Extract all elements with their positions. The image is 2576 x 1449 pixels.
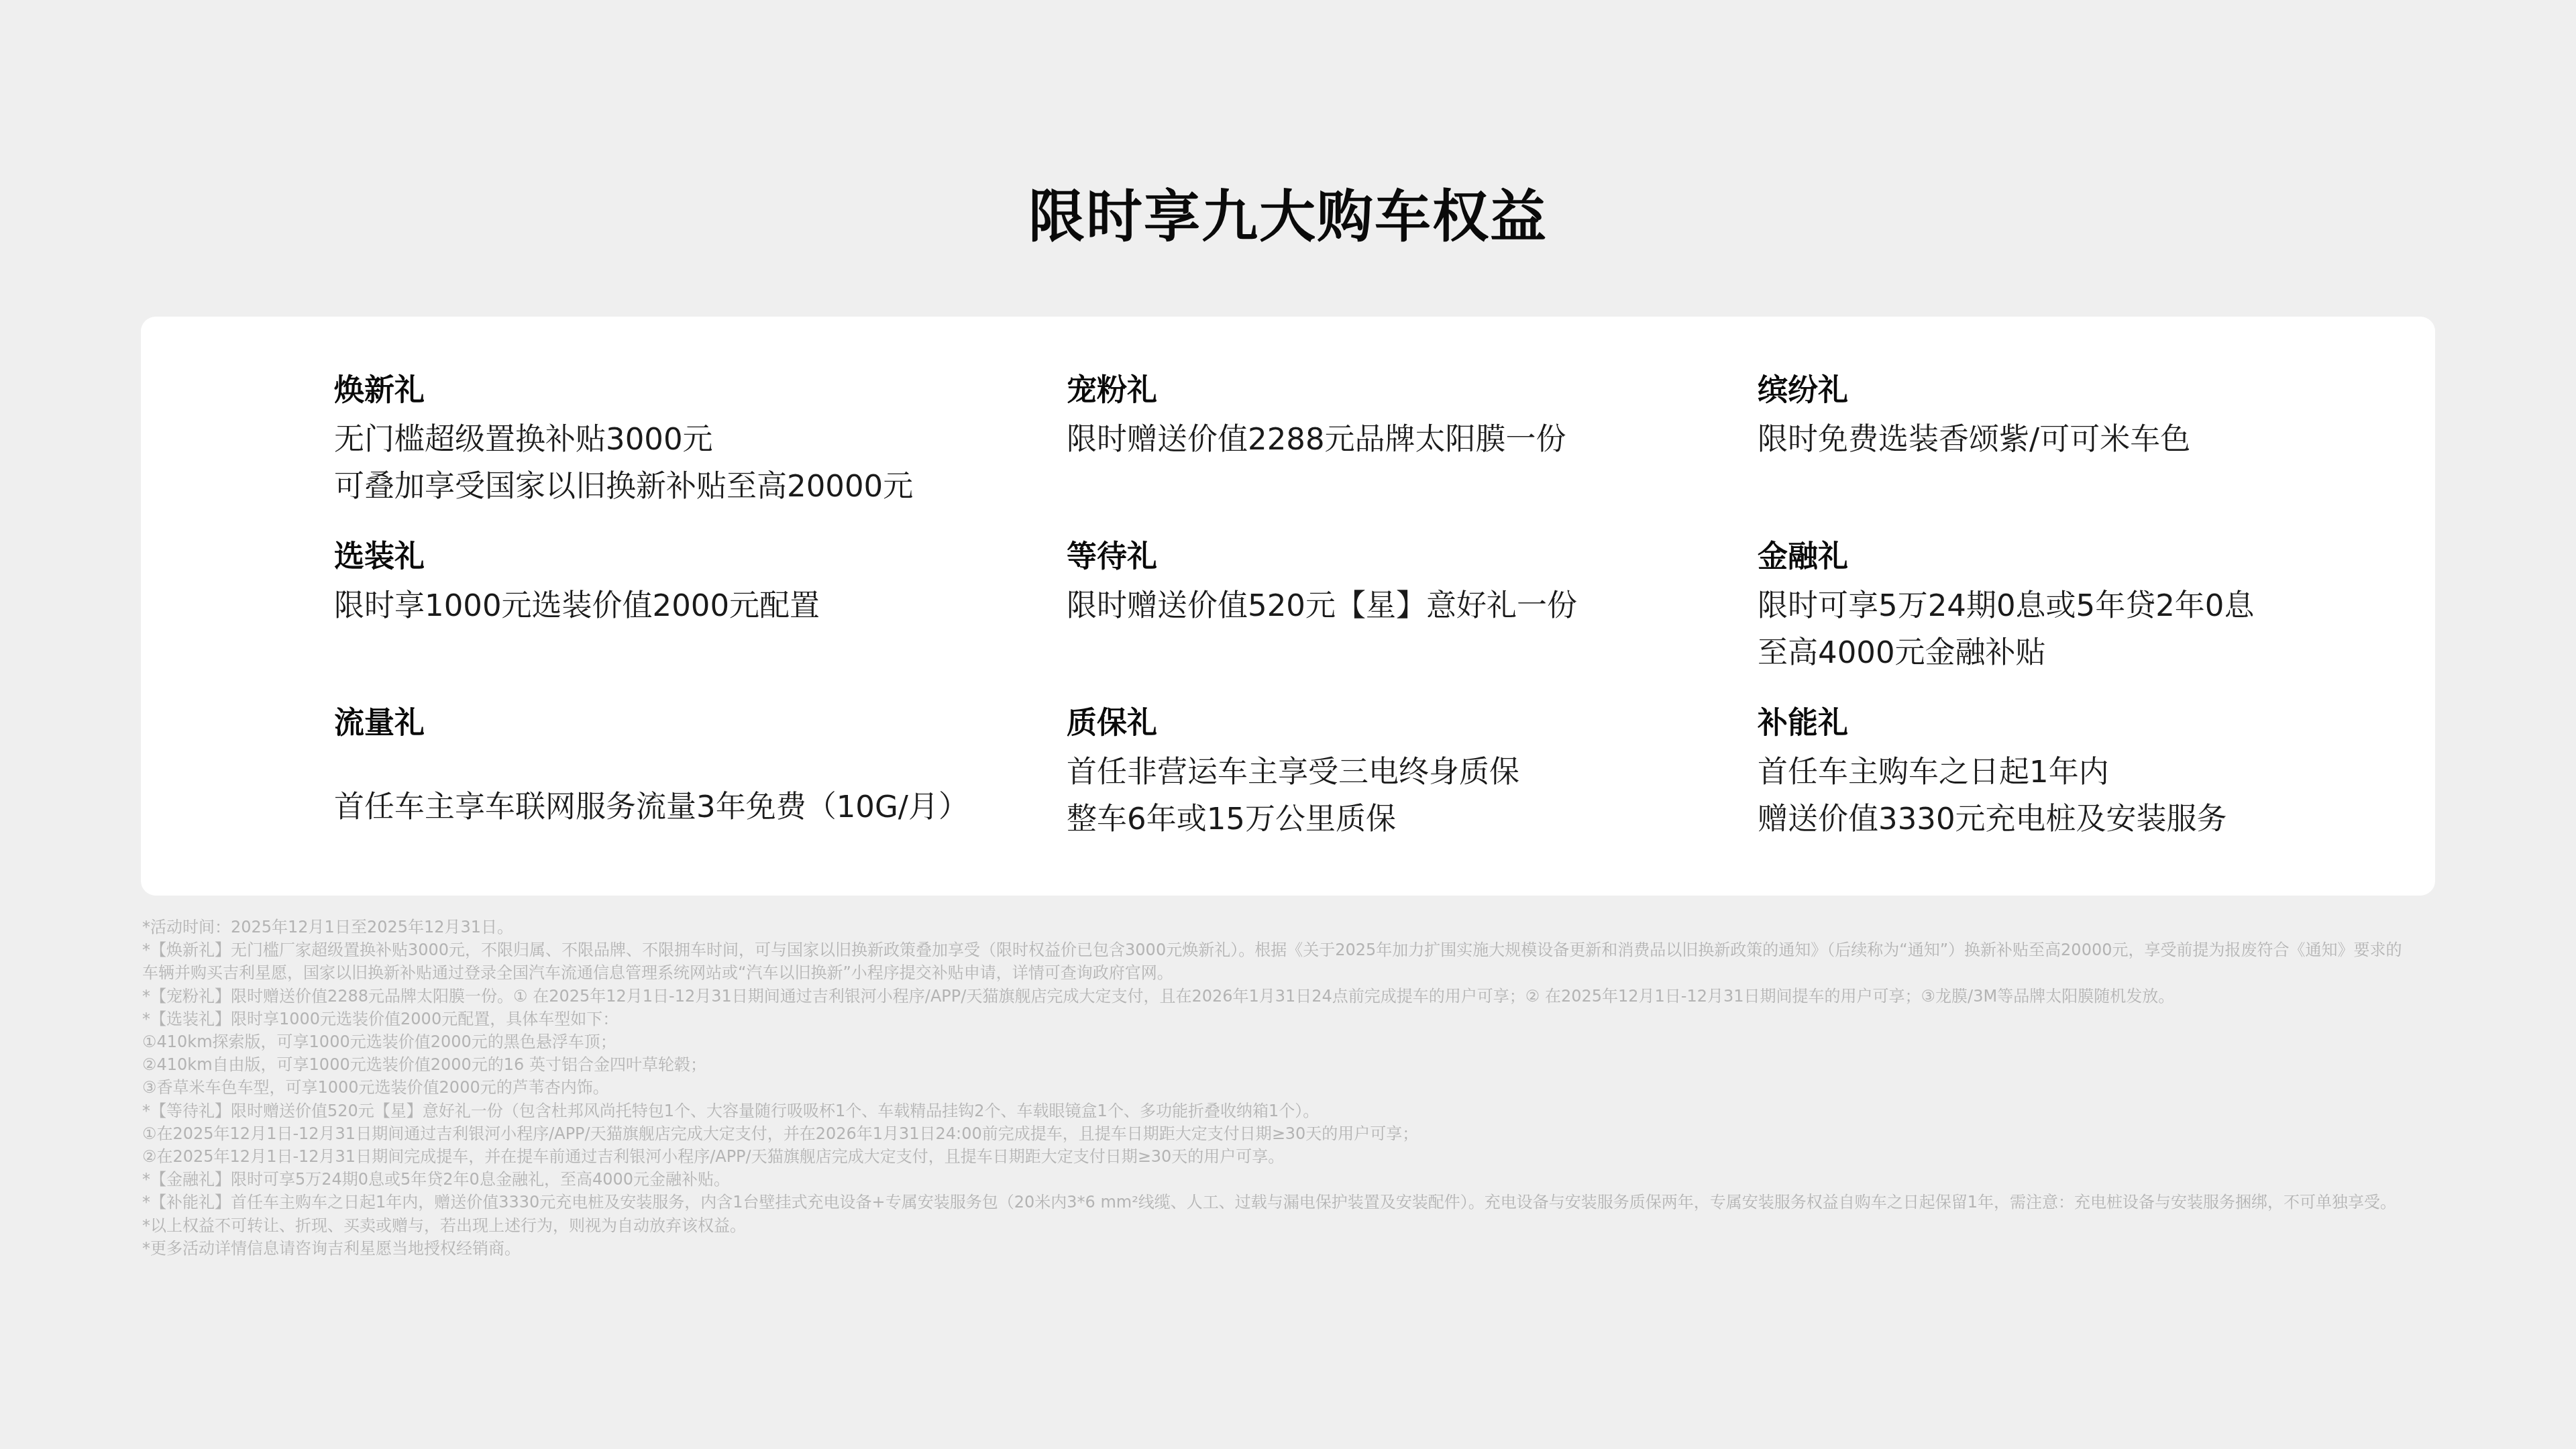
benefit-title: 质保礼 — [1067, 703, 1519, 743]
disclaimer-line: ②410km自由版，可享1000元选装价值2000元的16 英寸铝合金四叶草轮毂… — [142, 1053, 2436, 1076]
disclaimer-line: *【宠粉礼】限时赠送价值2288元品牌太阳膜一份。① 在2025年12月1日-1… — [142, 985, 2436, 1008]
disclaimer-line: *【金融礼】限时可享5万24期0息或5年贷2年0息金融礼，至高4000元金融补贴… — [142, 1168, 2436, 1191]
benefit-line: 限时可享5万24期0息或5年贷2年0息 — [1758, 582, 2254, 629]
benefit-line: 无门槛超级置换补贴3000元 — [334, 416, 913, 463]
benefit-title: 宠粉礼 — [1067, 370, 1566, 411]
benefit-warranty: 质保礼 首任非营运车主享受三电终身质保 整车6年或15万公里质保 — [1067, 703, 1519, 843]
benefit-renewal: 焕新礼 无门槛超级置换补贴3000元 可叠加享受国家以旧换新补贴至高20000元 — [334, 370, 913, 510]
benefit-line: 至高4000元金融补贴 — [1758, 629, 2254, 676]
disclaimer-line: *【焕新礼】无门槛厂家超级置换补贴3000元，不限归属、不限品牌、不限拥车时间，… — [142, 938, 2436, 961]
page-title: 限时享九大购车权益 — [0, 180, 2576, 254]
benefit-line: 首任非营运车主享受三电终身质保 — [1067, 749, 1519, 796]
benefit-finance: 金融礼 限时可享5万24期0息或5年贷2年0息 至高4000元金融补贴 — [1758, 537, 2254, 676]
benefit-charging: 补能礼 首任车主购车之日起1年内 赠送价值3330元充电桩及安装服务 — [1758, 703, 2227, 843]
benefit-title: 金融礼 — [1758, 537, 2254, 577]
benefit-title: 补能礼 — [1758, 703, 2227, 743]
benefit-line: 限时免费选装香颂紫/可可米车色 — [1758, 416, 2190, 463]
benefit-line: 整车6年或15万公里质保 — [1067, 796, 1519, 843]
benefit-option: 选装礼 限时享1000元选装价值2000元配置 — [334, 537, 820, 629]
benefit-line: 首任车主享车联网服务流量3年免费（10G/月） — [334, 784, 969, 830]
disclaimer-line: 车辆并购买吉利星愿，国家以旧换新补贴通过登录全国汽车流通信息管理系统网站或“汽车… — [142, 961, 2436, 984]
benefit-data: 流量礼 首任车主享车联网服务流量3年免费（10G/月） — [334, 703, 969, 830]
benefit-line: 赠送价值3330元充电桩及安装服务 — [1758, 796, 2227, 843]
benefit-title: 等待礼 — [1067, 537, 1577, 577]
disclaimer-line: ②在2025年12月1日-12月31日期间完成提车，并在提车前通过吉利银河小程序… — [142, 1145, 2436, 1168]
benefit-line: 可叠加享受国家以旧换新补贴至高20000元 — [334, 463, 913, 510]
disclaimer-line: ①410km探索版，可享1000元选装价值2000元的黑色悬浮车顶； — [142, 1030, 2436, 1053]
benefit-line: 限时赠送价值2288元品牌太阳膜一份 — [1067, 416, 1566, 463]
benefit-color: 缤纷礼 限时免费选装香颂紫/可可米车色 — [1758, 370, 2190, 463]
benefit-line: 限时享1000元选装价值2000元配置 — [334, 582, 820, 629]
disclaimer-line: *【补能礼】首任车主购车之日起1年内，赠送价值3330元充电桩及安装服务，内含1… — [142, 1191, 2436, 1214]
disclaimer-line: ①在2025年12月1日-12月31日期间通过吉利银河小程序/APP/天猫旗舰店… — [142, 1122, 2436, 1145]
disclaimer-line: *活动时间：2025年12月1日至2025年12月31日。 — [142, 916, 2436, 938]
benefit-fan: 宠粉礼 限时赠送价值2288元品牌太阳膜一份 — [1067, 370, 1566, 463]
disclaimer-line: *更多活动详情信息请咨询吉利星愿当地授权经销商。 — [142, 1237, 2436, 1260]
benefit-title: 流量礼 — [334, 703, 969, 743]
disclaimer-line: *以上权益不可转让、折现、买卖或赠与，若出现上述行为，则视为自动放弃该权益。 — [142, 1214, 2436, 1237]
disclaimer-line: *【选装礼】限时享1000元选装价值2000元配置，具体车型如下： — [142, 1008, 2436, 1030]
benefit-title: 焕新礼 — [334, 370, 913, 411]
disclaimer-fine-print: *活动时间：2025年12月1日至2025年12月31日。 *【焕新礼】无门槛厂… — [142, 916, 2436, 1260]
benefit-line: 首任车主购车之日起1年内 — [1758, 749, 2227, 796]
benefit-waiting: 等待礼 限时赠送价值520元【星】意好礼一份 — [1067, 537, 1577, 629]
benefits-card: 焕新礼 无门槛超级置换补贴3000元 可叠加享受国家以旧换新补贴至高20000元… — [141, 317, 2435, 896]
benefit-title: 缤纷礼 — [1758, 370, 2190, 411]
benefit-title: 选装礼 — [334, 537, 820, 577]
benefit-line: 限时赠送价值520元【星】意好礼一份 — [1067, 582, 1577, 629]
disclaimer-line: ③香草米车色车型，可享1000元选装价值2000元的芦苇杏内饰。 — [142, 1076, 2436, 1099]
disclaimer-line: *【等待礼】限时赠送价值520元【星】意好礼一份（包含杜邦风尚托特包1个、大容量… — [142, 1099, 2436, 1122]
